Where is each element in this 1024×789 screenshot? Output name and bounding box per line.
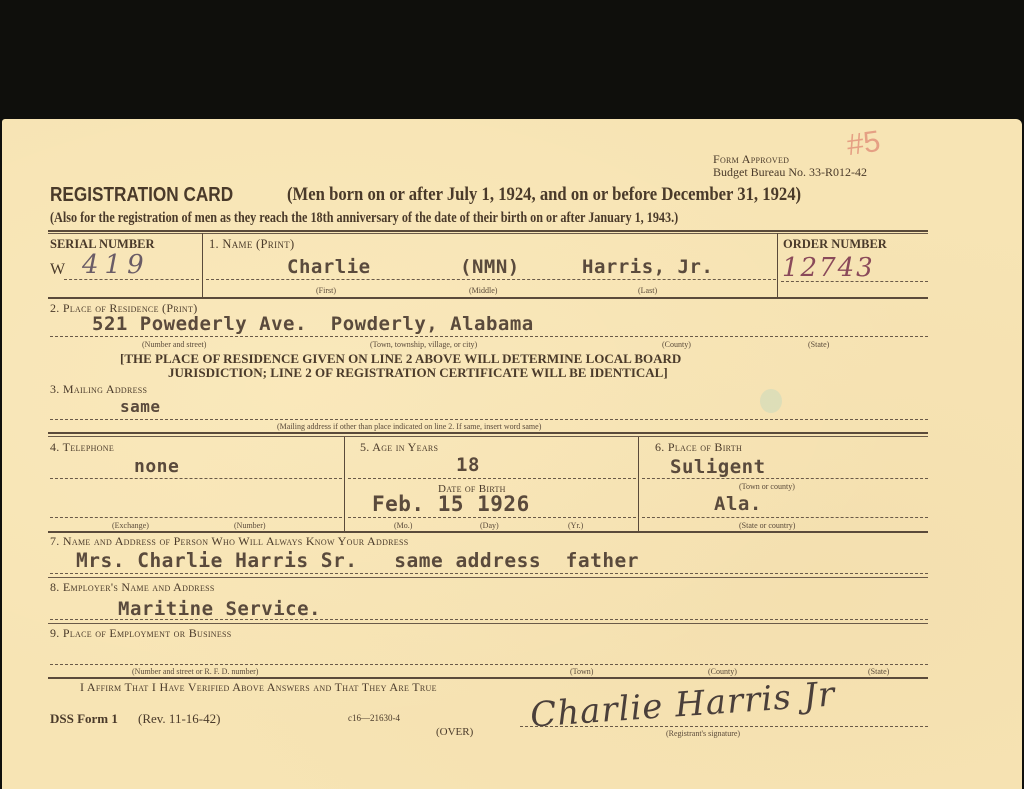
red-pencil-mark: #5 (845, 125, 883, 163)
caption-signature: (Registrant's signature) (666, 729, 740, 738)
age-label: 5. Age in Years (360, 440, 438, 455)
dob-value[interactable]: Feb. 15 1926 (372, 492, 530, 516)
rule (48, 297, 928, 299)
rule-thin (48, 436, 928, 437)
signature-line (520, 726, 928, 727)
birthplace-town[interactable]: Suligent (670, 456, 766, 478)
form-code: c16—21630-4 (348, 713, 400, 723)
serial-number: 419 (82, 250, 150, 280)
over-label: (OVER) (436, 726, 473, 738)
caption-last: (Last) (638, 286, 657, 295)
order-number: 12743 (782, 253, 875, 283)
telephone-line-1 (50, 478, 342, 479)
stain (760, 389, 782, 413)
birthplace-line-1 (642, 478, 928, 479)
telephone-value[interactable]: none (134, 456, 179, 477)
name-middle[interactable]: (NMN) (460, 256, 520, 278)
serial-line (64, 279, 199, 280)
name-last[interactable]: Harris, Jr. (582, 256, 713, 278)
caption-state: (State) (808, 340, 829, 349)
serial-prefix: W (50, 261, 65, 279)
name-line (206, 279, 776, 280)
caption-first: (First) (316, 286, 336, 295)
contact-line (50, 573, 928, 574)
divider (638, 437, 639, 531)
form-name: DSS Form 1 (50, 711, 118, 727)
mailing-label: 3. Mailing Address (50, 382, 147, 397)
rule-thin (48, 577, 928, 578)
age-line (348, 478, 636, 479)
employer-line (50, 619, 928, 620)
birthplace-line-2 (642, 517, 928, 518)
contact-label: 7. Name and Address of Person Who Will A… (50, 534, 409, 549)
mailing-line (50, 419, 928, 420)
dob-line (348, 517, 636, 518)
rule (48, 531, 928, 533)
rule-thin (48, 623, 928, 624)
divider (344, 437, 345, 531)
caption-exchange: (Exchange) (112, 521, 149, 530)
residence-notice-2: JURISDICTION; LINE 2 OF REGISTRATION CER… (168, 365, 668, 381)
title-subtitle: (Men born on or after July 1, 1924, and … (287, 185, 801, 206)
caption-emp-county: (County) (708, 667, 737, 676)
employment-label: 9. Place of Employment or Business (50, 626, 232, 641)
caption-emp-state: (State) (868, 667, 889, 676)
contact-value[interactable]: Mrs. Charlie Harris Sr. same address fat… (76, 549, 639, 572)
caption-month: (Mo.) (394, 521, 412, 530)
age-value[interactable]: 18 (456, 454, 480, 476)
caption-town: (Town, township, village, or city) (370, 340, 477, 349)
residence-value[interactable]: 521 Powederly Ave. Powderly, Alabama (92, 313, 534, 335)
caption-middle: (Middle) (469, 286, 497, 295)
employer-value[interactable]: Maritine Service. (118, 598, 321, 620)
header-rule-thin (48, 233, 928, 234)
caption-rfd: (Number and street or R. F. D. number) (132, 667, 258, 676)
form-rev: (Rev. 11-16-42) (138, 711, 220, 727)
mailing-value[interactable]: same (120, 397, 161, 416)
caption-day: (Day) (480, 521, 499, 530)
budget-bureau: Budget Bureau No. 33-R012-42 (713, 165, 867, 180)
caption-county: (County) (662, 340, 691, 349)
registration-card: Form Approved Budget Bureau No. 33-R012-… (2, 119, 1022, 789)
header-rule (48, 230, 928, 232)
caption-town-county: (Town or county) (739, 482, 795, 491)
caption-year: (Yr.) (568, 521, 583, 530)
order-label: ORDER NUMBER (783, 237, 887, 252)
divider (777, 233, 778, 297)
caption-street: (Number and street) (142, 340, 206, 349)
employment-line (50, 664, 928, 665)
caption-state-country: (State or country) (739, 521, 795, 530)
name-first[interactable]: Charlie (287, 256, 371, 278)
divider (202, 233, 203, 297)
employer-label: 8. Employer's Name and Address (50, 580, 215, 595)
rule (48, 432, 928, 434)
caption-emp-town: (Town) (570, 667, 593, 676)
card-title: REGISTRATION CARD (50, 184, 233, 207)
telephone-line-2 (50, 517, 342, 518)
name-label: 1. Name (Print) (209, 237, 294, 252)
caption-number: (Number) (234, 521, 266, 530)
residence-line (50, 336, 928, 337)
affirm-text: I Affirm That I Have Verified Above Answ… (80, 680, 437, 695)
birthplace-state[interactable]: Ala. (714, 493, 762, 515)
birthplace-label: 6. Place of Birth (655, 440, 742, 455)
mailing-caption: (Mailing address if other than place ind… (277, 422, 541, 431)
order-line (781, 281, 928, 282)
also-line: (Also for the registration of men as the… (50, 210, 678, 227)
telephone-label: 4. Telephone (50, 440, 114, 455)
